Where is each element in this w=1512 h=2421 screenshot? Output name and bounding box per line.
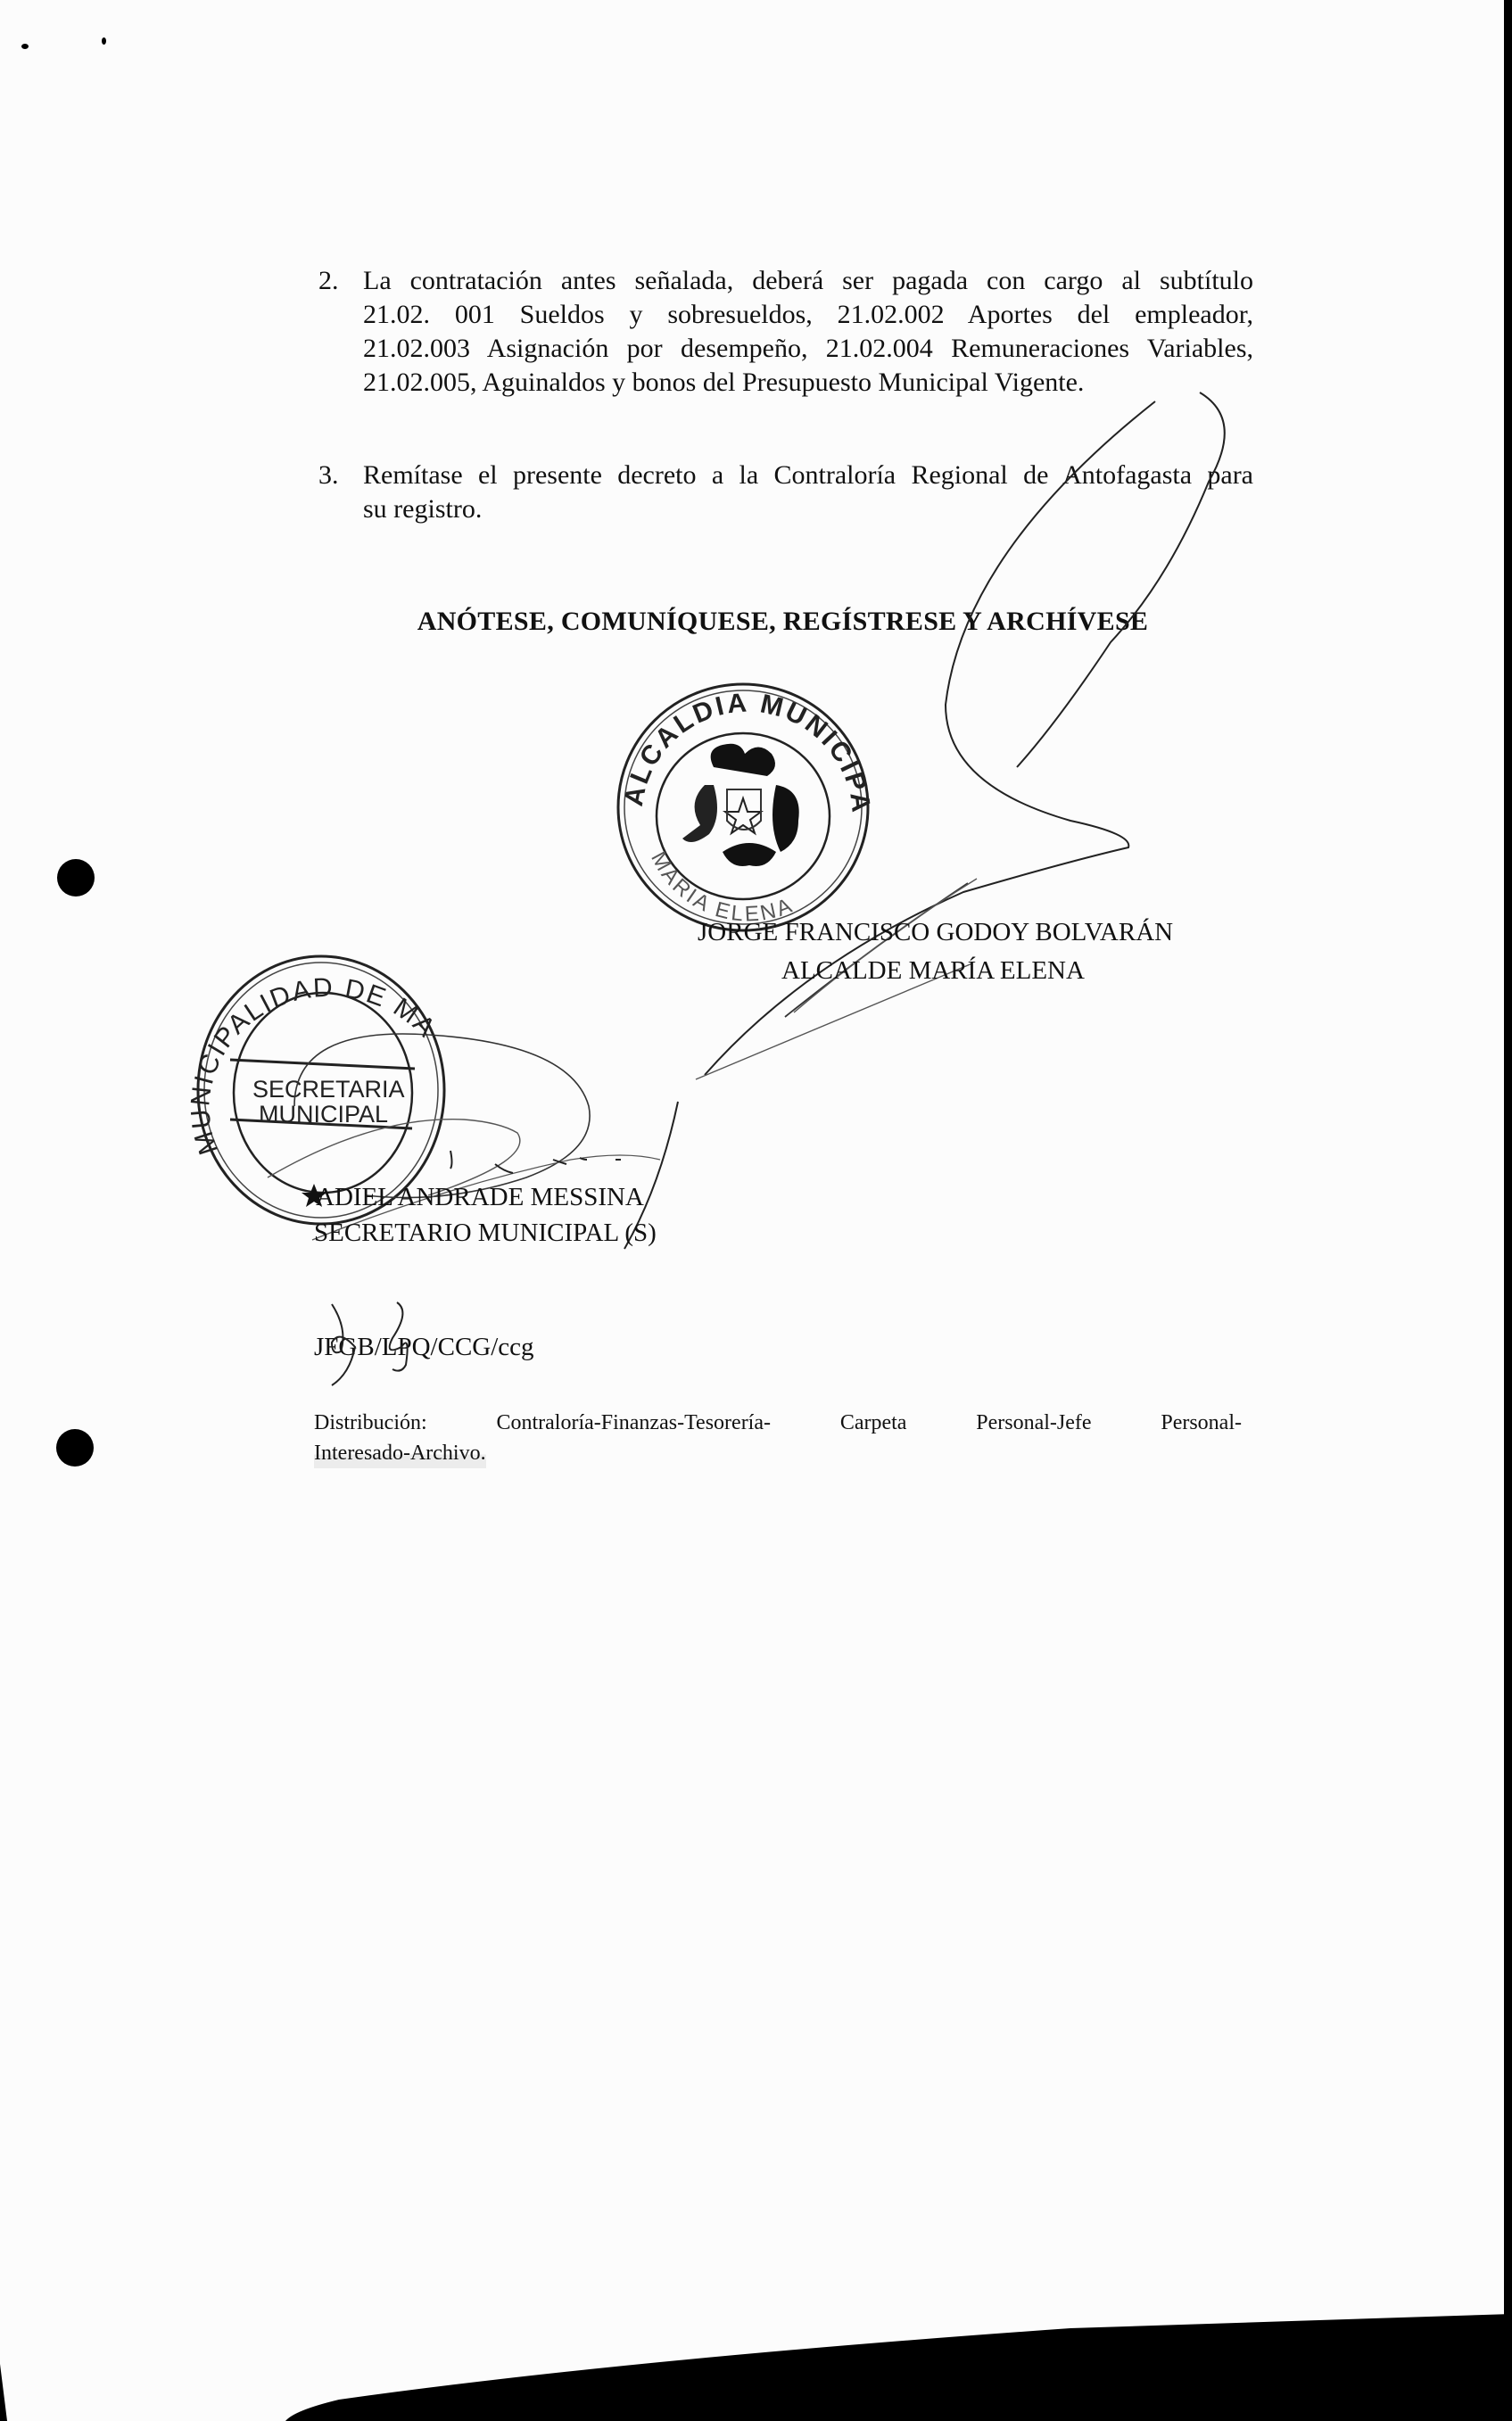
- secretary-seal-line1: SECRETARIA: [252, 1076, 405, 1103]
- clause-number: 2.: [318, 264, 339, 298]
- punch-hole-upper: [57, 859, 95, 897]
- punch-hole-lower: [56, 1429, 94, 1467]
- distribution-entry: Carpeta: [840, 1411, 907, 1434]
- scanned-page: 2. La contratación antes señalada, deber…: [0, 0, 1512, 2421]
- clause-number: 3.: [318, 459, 339, 492]
- scan-edge-bottom: [0, 2275, 1512, 2421]
- clause-line: su registro.: [363, 492, 1253, 526]
- distribution-entry: Personal-: [1161, 1411, 1242, 1434]
- coat-of-arms-icon: [682, 744, 799, 866]
- reference-initials: JFGB/LPQ/CCG/ccg: [314, 1333, 534, 1362]
- distribution-label: Distribución:: [314, 1411, 427, 1434]
- distribution-entry: Contraloría-Finanzas-Tesorería-: [496, 1411, 771, 1434]
- clause-line: 21.02.005, Aguinaldos y bonos del Presup…: [363, 366, 1253, 400]
- distribution-line-1: Distribución: Contraloría-Finanzas-Tesor…: [314, 1408, 1242, 1438]
- closing-formula: ANÓTESE, COMUNÍQUESE, REGÍSTRESE Y ARCHÍ…: [0, 607, 1512, 637]
- clause-line: 21.02.003 Asignación por desempeño, 21.0…: [363, 332, 1253, 366]
- mayor-seal-bottom-text: MARIA ELENA: [646, 847, 797, 926]
- secretary-title: SECRETARIO MUNICIPAL (S): [314, 1217, 657, 1249]
- clause-line: 21.02. 001 Sueldos y sobresueldos, 21.02…: [363, 298, 1253, 332]
- secretary-seal-ring-text: MUNICIPALIDAD DE MARIA ELENA: [0, 0, 442, 1158]
- svg-text:MARIA ELENA: MARIA ELENA: [646, 847, 797, 926]
- svg-text:ALCALDIA MUNICIPAL: ALCALDIA MUNICIPAL: [0, 0, 876, 816]
- secretary-name: ADIEL ANDRADE MESSINA: [316, 1181, 644, 1213]
- scan-edge-right: [1504, 0, 1512, 2421]
- distribution-line-2: Interesado-Archivo.: [314, 1438, 486, 1468]
- svg-text:MUNICIPALIDAD DE MARIA ELENA: MUNICIPALIDAD DE MARIA ELENA: [0, 0, 442, 1158]
- distribution-entry: Personal-Jefe: [976, 1411, 1091, 1434]
- distribution-list: Distribución: Contraloría-Finanzas-Tesor…: [314, 1408, 1242, 1468]
- clause-line: Remítase el presente decreto a la Contra…: [363, 459, 1253, 492]
- mayor-seal-top-text: ALCALDIA MUNICIPAL: [0, 0, 876, 816]
- scan-speck: [102, 37, 106, 45]
- mayor-title: ALCALDE MARÍA ELENA: [781, 954, 1085, 987]
- mayor-name: JORGE FRANCISCO GODOY BOLVARÁN: [698, 916, 1173, 948]
- scan-speck: [21, 44, 29, 49]
- secretary-seal-line2: MUNICIPAL: [259, 1101, 388, 1128]
- clause-line: La contratación antes señalada, deberá s…: [363, 264, 1253, 298]
